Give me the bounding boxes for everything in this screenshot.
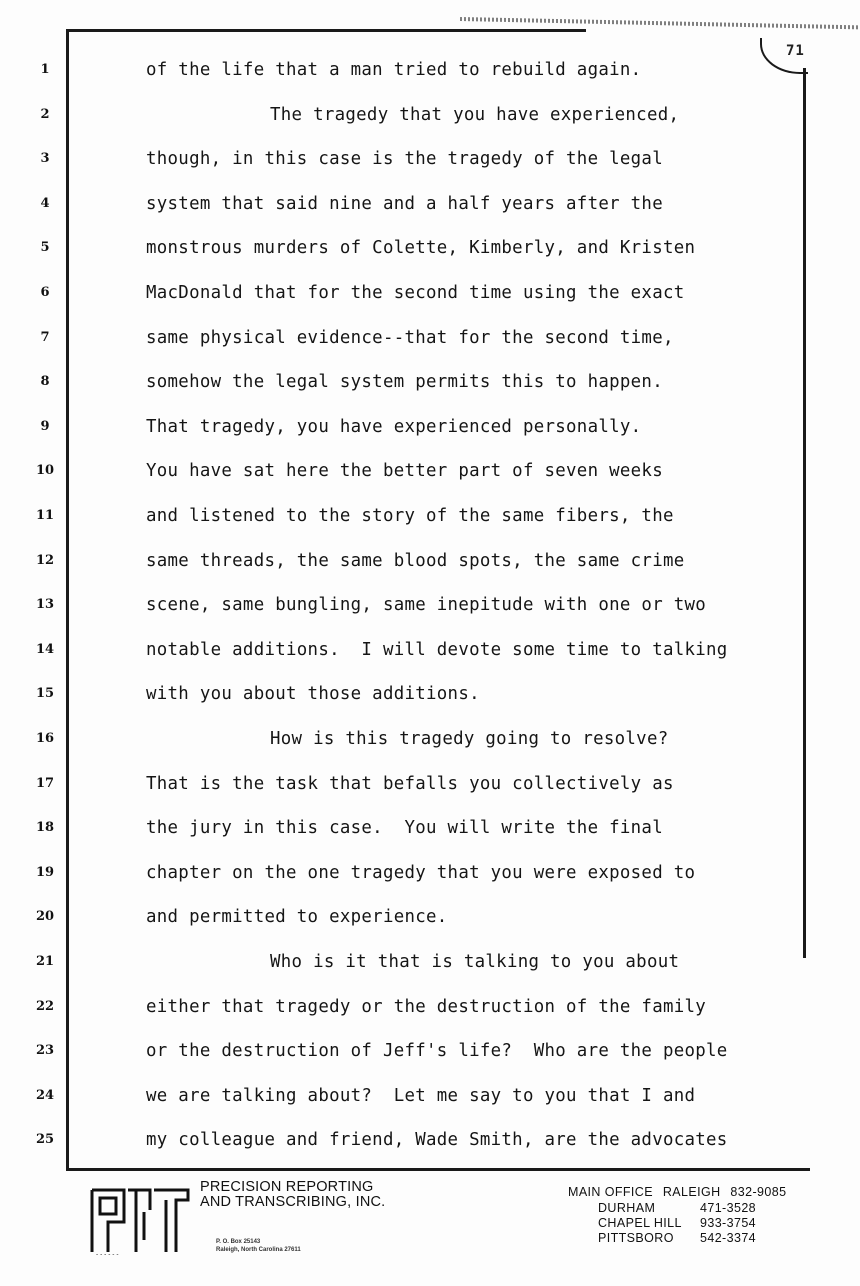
line-number: 1 xyxy=(30,62,60,77)
top-border-rule xyxy=(66,29,586,32)
firm-address: P. O. Box 25143 Raleigh, North Carolina … xyxy=(216,1238,301,1254)
right-margin-rule xyxy=(803,68,806,958)
transcript-line: You have sat here the better part of sev… xyxy=(146,461,663,481)
transcript-line: That tragedy, you have experienced perso… xyxy=(146,417,641,437)
svg-text:- - - - - -: - - - - - - xyxy=(96,1251,119,1258)
line-number: 21 xyxy=(30,954,60,969)
office-row: CHAPEL HILL933-3754 xyxy=(598,1216,786,1231)
transcript-line: The tragedy that you have experienced, xyxy=(270,105,679,125)
office-city: CHAPEL HILL xyxy=(598,1216,700,1231)
main-office-city: RALEIGH xyxy=(663,1185,721,1199)
transcript-line: same threads, the same blood spots, the … xyxy=(146,551,685,571)
line-number: 15 xyxy=(30,686,60,701)
line-number: 9 xyxy=(30,419,60,434)
firm-name-line1: PRECISION REPORTING xyxy=(200,1180,385,1195)
line-number: 25 xyxy=(30,1132,60,1147)
office-phone: 542-3374 xyxy=(700,1231,756,1246)
transcript-line: we are talking about? Let me say to you … xyxy=(146,1086,695,1106)
transcript-line: That is the task that befalls you collec… xyxy=(146,774,674,794)
line-number: 22 xyxy=(30,999,60,1014)
line-number: 12 xyxy=(30,553,60,568)
top-rule-fade xyxy=(460,17,860,29)
transcript-line: the jury in this case. You will write th… xyxy=(146,818,663,838)
address-line1: P. O. Box 25143 xyxy=(216,1238,301,1246)
line-number: 7 xyxy=(30,330,60,345)
transcript-line: monstrous murders of Colette, Kimberly, … xyxy=(146,238,695,258)
line-number: 18 xyxy=(30,820,60,835)
line-number: 4 xyxy=(30,196,60,211)
office-phone: 471-3528 xyxy=(700,1201,756,1216)
transcript-line: and listened to the story of the same fi… xyxy=(146,506,674,526)
line-number: 8 xyxy=(30,374,60,389)
line-number: 19 xyxy=(30,865,60,880)
line-number: 3 xyxy=(30,151,60,166)
transcript-line: somehow the legal system permits this to… xyxy=(146,372,663,392)
address-line2: Raleigh, North Carolina 27611 xyxy=(216,1246,301,1254)
transcript-line: MacDonald that for the second time using… xyxy=(146,283,685,303)
transcript-line: or the destruction of Jeff's life? Who a… xyxy=(146,1041,728,1061)
office-list: MAIN OFFICE RALEIGH 832-9085 DURHAM471-3… xyxy=(568,1185,786,1246)
office-row: PITTSBORO542-3374 xyxy=(598,1231,786,1246)
firm-name: PRECISION REPORTING AND TRANSCRIBING, IN… xyxy=(200,1180,385,1210)
office-city: DURHAM xyxy=(598,1201,700,1216)
line-number: 20 xyxy=(30,909,60,924)
line-number: 10 xyxy=(30,463,60,478)
line-number: 17 xyxy=(30,776,60,791)
line-number: 5 xyxy=(30,240,60,255)
firm-logo-icon: - - - - - - xyxy=(88,1182,198,1260)
main-office-phone: 832-9085 xyxy=(730,1185,786,1199)
transcript-line: and permitted to experience. xyxy=(146,907,448,927)
line-number: 16 xyxy=(30,731,60,746)
line-number: 6 xyxy=(30,285,60,300)
transcript-line: though, in this case is the tragedy of t… xyxy=(146,149,663,169)
transcript-line: How is this tragedy going to resolve? xyxy=(270,729,669,749)
bottom-border-rule xyxy=(66,1168,810,1171)
transcript-line: Who is it that is talking to you about xyxy=(270,952,679,972)
line-number: 11 xyxy=(30,508,60,523)
firm-name-line2: AND TRANSCRIBING, INC. xyxy=(200,1195,385,1210)
transcript-line: system that said nine and a half years a… xyxy=(146,194,663,214)
line-number: 24 xyxy=(30,1088,60,1103)
main-office: MAIN OFFICE RALEIGH 832-9085 xyxy=(568,1185,786,1199)
main-office-label: MAIN OFFICE xyxy=(568,1185,653,1199)
transcript-line: either that tragedy or the destruction o… xyxy=(146,997,706,1017)
line-number: 13 xyxy=(30,597,60,612)
office-row: DURHAM471-3528 xyxy=(598,1201,786,1216)
transcript-page: 71 1of the life that a man tried to rebu… xyxy=(0,0,860,1286)
office-phone: 933-3754 xyxy=(700,1216,756,1231)
left-margin-rule xyxy=(66,29,69,1169)
transcript-line: of the life that a man tried to rebuild … xyxy=(146,60,641,80)
line-number: 2 xyxy=(30,107,60,122)
transcript-line: scene, same bungling, same inepitude wit… xyxy=(146,595,706,615)
page-number: 71 xyxy=(786,43,805,59)
transcript-line: chapter on the one tragedy that you were… xyxy=(146,863,695,883)
line-number: 14 xyxy=(30,642,60,657)
office-city: PITTSBORO xyxy=(598,1231,700,1246)
transcript-line: with you about those additions. xyxy=(146,684,480,704)
transcript-line: notable additions. I will devote some ti… xyxy=(146,640,728,660)
line-number: 23 xyxy=(30,1043,60,1058)
transcript-line: same physical evidence--that for the sec… xyxy=(146,328,674,348)
transcript-line: my colleague and friend, Wade Smith, are… xyxy=(146,1130,728,1150)
